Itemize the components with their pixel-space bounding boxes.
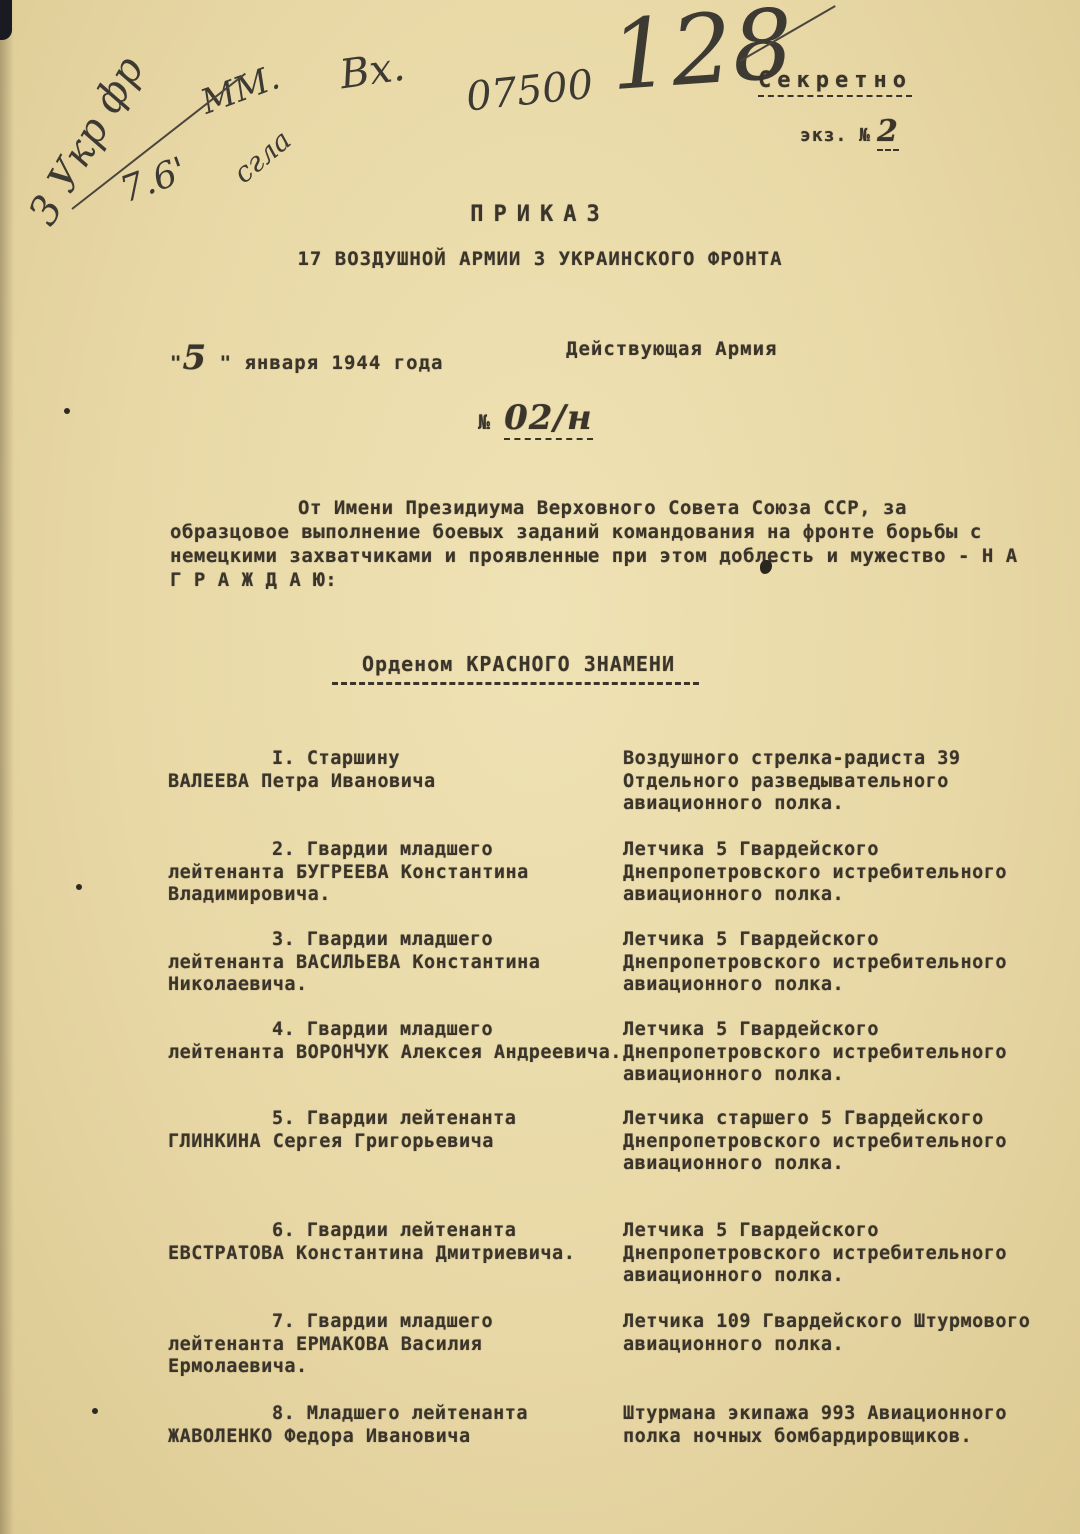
entry-name: лейтенанта ВАСИЛЬЕВА Константина Николае…	[168, 952, 540, 996]
copy-number-value: 2	[877, 114, 899, 151]
entry-name: лейтенанта БУГРЕЕВА Константина Владимир…	[168, 862, 529, 906]
document-subtitle: 17 ВОЗДУШНОЙ АРМИИ 3 УКРАИНСКОГО ФРОНТА	[0, 248, 1080, 270]
award-entry: I. СтаршинуВАЛЕЕВА Петра Ивановича Возду…	[168, 748, 1048, 816]
date-quote: "	[170, 352, 182, 374]
award-entry: 8. Младшего лейтенантаЖАВОЛЕНКО Федора И…	[168, 1403, 1048, 1448]
entry-name: ВАЛЕЕВА Петра Ивановича	[168, 771, 436, 792]
handwritten-note-reg-number: 07500	[464, 61, 595, 120]
award-heading: Орденом КРАСНОГО ЗНАМЕНИ	[332, 652, 699, 685]
award-entry: 3. Гвардии младшеголейтенанта ВАСИЛЬЕВА …	[168, 929, 1048, 997]
copy-number: экз. №2	[800, 114, 899, 149]
classification-stamp: Секретно	[758, 68, 912, 97]
award-entry: 4. Гвардии младшеголейтенанта ВОРОНЧУК А…	[168, 1019, 1048, 1087]
entry-name: ГЛИНКИНА Сергея Григорьевича	[168, 1131, 494, 1152]
award-entry: 2. Гвардии младшеголейтенанта БУГРЕЕВА К…	[168, 839, 1048, 907]
entry-name: лейтенанта ВОРОНЧУК Алексея Андреевича.	[168, 1042, 622, 1063]
preamble: От Имени Президиума Верховного Совета Со…	[170, 496, 1040, 592]
entry-rank: 5. Гвардии лейтенанта	[168, 1108, 623, 1131]
binder-mark	[92, 1408, 98, 1414]
date-rest: " января 1944 года	[220, 352, 444, 374]
entry-unit: Штурмана экипажа 993 Авиационного полка …	[623, 1403, 1048, 1448]
order-number-label: №	[478, 410, 491, 434]
entry-rank: 4. Гвардии младшего	[168, 1019, 623, 1042]
entry-rank: 3. Гвардии младшего	[168, 929, 623, 952]
entry-unit: Летчика 5 Гвардейского Днепропетровского…	[623, 839, 1048, 907]
award-entry: 5. Гвардии лейтенантаГЛИНКИНА Сергея Гри…	[168, 1108, 1048, 1176]
handwritten-note-initials: ММ.	[196, 57, 285, 122]
entry-unit: Летчика старшего 5 Гвардейского Днепропе…	[623, 1108, 1048, 1176]
entry-unit: Летчика 5 Гвардейского Днепропетровского…	[623, 929, 1048, 997]
entry-rank: 7. Гвардии младшего	[168, 1311, 623, 1334]
entry-rank: 2. Гвардии младшего	[168, 839, 623, 862]
copy-label: экз. №	[800, 125, 871, 146]
entry-rank: 8. Младшего лейтенанта	[168, 1403, 623, 1426]
order-date: "5 " января 1944 года	[170, 338, 443, 378]
entry-rank: I. Старшину	[168, 748, 623, 771]
handwritten-note-sign: сгла	[227, 123, 298, 190]
entry-unit: Летчика 109 Гвардейского Штурмового авиа…	[623, 1311, 1048, 1379]
entry-rank: 6. Гвардии лейтенанта	[168, 1220, 623, 1243]
entry-name: ЕВСТРАТОВА Константина Дмитриевича.	[168, 1243, 575, 1264]
award-entry: 6. Гвардии лейтенантаЕВСТРАТОВА Констант…	[168, 1220, 1048, 1288]
entry-unit: Летчика 5 Гвардейского Днепропетровского…	[623, 1019, 1048, 1087]
entry-unit: Летчика 5 Гвардейского Днепропетровского…	[623, 1220, 1048, 1288]
document-title: ПРИКАЗ	[0, 202, 1080, 227]
binder-mark	[64, 408, 70, 414]
handwritten-note-incoming: Вх.	[337, 44, 407, 99]
entry-unit: Воздушного стрелка-радиста 39 Отдельного…	[623, 748, 1048, 816]
order-number: № 02/н	[478, 398, 593, 438]
preamble-first-line: От Имени Президиума Верховного Совета Со…	[170, 496, 1040, 520]
page-edge-shadow	[0, 0, 14, 1534]
scan-corner	[0, 0, 12, 40]
preamble-body: образцовое выполнение боевых заданий ком…	[170, 520, 1040, 592]
entry-name: ЖАВОЛЕНКО Федора Ивановича	[168, 1426, 471, 1447]
award-entry: 7. Гвардии младшеголейтенанта ЕРМАКОВА В…	[168, 1311, 1048, 1379]
date-day: 5	[182, 338, 207, 378]
order-place: Действующая Армия	[566, 338, 777, 360]
entry-name: лейтенанта ЕРМАКОВА Василия Ермолаевича.	[168, 1334, 482, 1378]
binder-mark	[76, 884, 82, 890]
order-number-value: 02/н	[504, 398, 593, 440]
